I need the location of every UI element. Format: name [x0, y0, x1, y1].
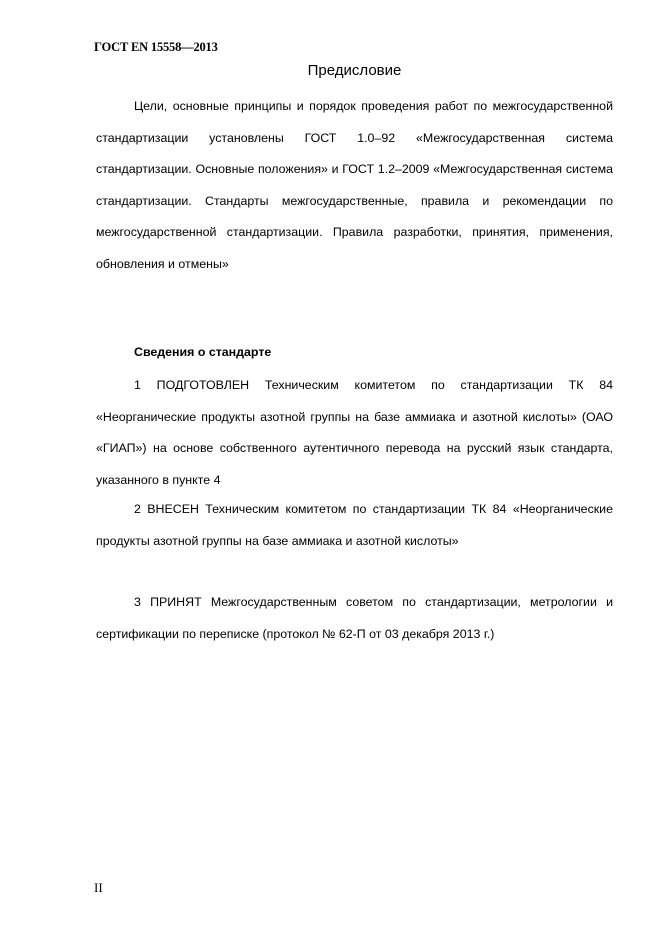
section-heading: Сведения о стандарте: [134, 345, 271, 359]
item-3-paragraph: 3 ПРИНЯТ Межгосударственным советом по с…: [96, 587, 613, 650]
item-2-paragraph: 2 ВНЕСЕН Техническим комитетом по станда…: [96, 494, 613, 557]
item-3-block: 3 ПРИНЯТ Межгосударственным советом по с…: [96, 587, 613, 650]
item-1-paragraph: 1 ПОДГОТОВЛЕН Техническим комитетом по с…: [96, 370, 613, 496]
item-1-block: 1 ПОДГОТОВЛЕН Техническим комитетом по с…: [96, 370, 613, 496]
page-number: II: [94, 880, 103, 896]
item-2-block: 2 ВНЕСЕН Техническим комитетом по станда…: [96, 494, 613, 557]
intro-paragraph: Цели, основные принципы и порядок провед…: [96, 91, 613, 281]
document-page: ГОСТ EN 15558—2013 Предисловие Цели, осн…: [0, 0, 661, 935]
intro-paragraph-block: Цели, основные принципы и порядок провед…: [96, 91, 613, 281]
standard-code-header: ГОСТ EN 15558—2013: [94, 40, 218, 55]
page-title: Предисловие: [0, 62, 661, 79]
